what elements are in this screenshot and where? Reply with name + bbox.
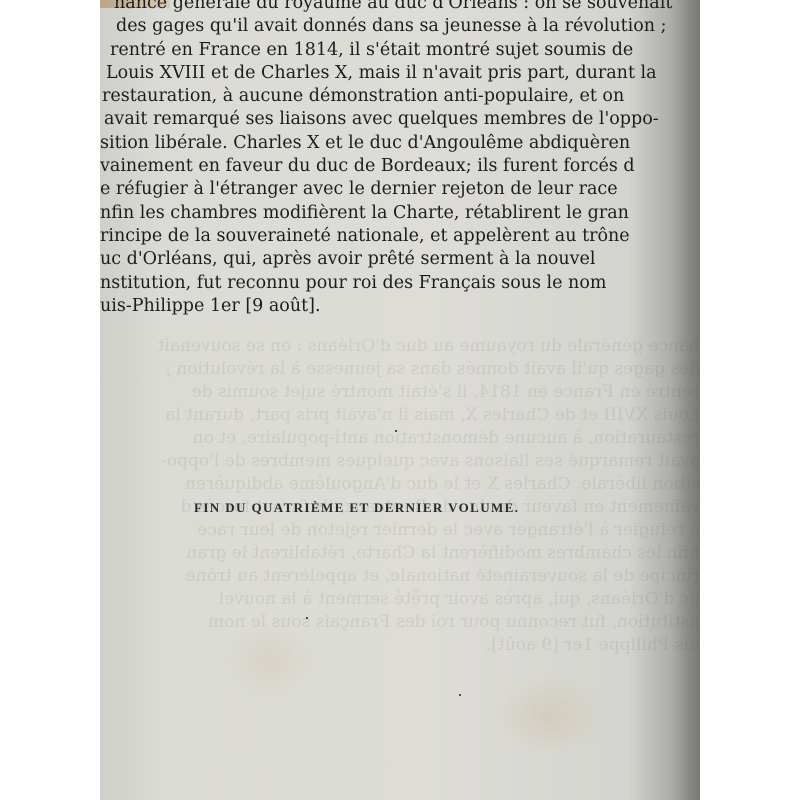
bleed-line: avait remarqué ses liaisons avec quelque… bbox=[100, 450, 700, 473]
page-curl-shadow bbox=[670, 0, 700, 800]
bleed-line: uis-Philippe 1er [9 août]. bbox=[100, 634, 700, 657]
bleed-line: restauration, à aucune démonstration ant… bbox=[100, 427, 700, 450]
ink-speck bbox=[459, 694, 461, 696]
text-line: e réfugier à l'étranger avec le dernier … bbox=[100, 178, 700, 201]
text-line: nstitution, fut reconnu pour roi des Fra… bbox=[100, 272, 700, 295]
text-line: avait remarqué ses liaisons avec quelque… bbox=[100, 108, 700, 131]
bleed-line: e réfugier à l'étranger avec le dernier … bbox=[100, 519, 700, 542]
text-line: Louis XVIII et de Charles X, mais il n'a… bbox=[100, 62, 700, 85]
ink-speck bbox=[395, 430, 397, 432]
bleed-line: rentré en France en 1814, il s'était mon… bbox=[100, 381, 700, 404]
bleed-line: nance générale du royaume au duc d'Orléa… bbox=[100, 335, 700, 358]
book-page-photo: nance générale du royaume au duc d'Orléa… bbox=[100, 0, 700, 800]
end-of-volume-note: FIN DU QUATRIÈME ET DERNIER VOLUME. bbox=[194, 500, 519, 516]
text-line: des gages qu'il avait donnés dans sa jeu… bbox=[100, 15, 700, 38]
ink-speck bbox=[306, 617, 308, 619]
bleed-line: nstitution, fut reconnu pour roi des Fra… bbox=[100, 611, 700, 634]
text-line: rentré en France en 1814, il s'était mon… bbox=[100, 39, 700, 62]
body-text: nance générale du royaume au duc d'Orléa… bbox=[100, 0, 700, 318]
text-line: uc d'Orléans, qui, après avoir prêté ser… bbox=[100, 248, 700, 271]
text-line: nance générale du royaume au duc d'Orléa… bbox=[100, 0, 700, 15]
bleed-line: sition libérale. Charles X et le duc d'A… bbox=[100, 473, 700, 496]
bleed-line: Louis XVIII et de Charles X, mais il n'a… bbox=[100, 404, 700, 427]
text-line: restauration, à aucune démonstration ant… bbox=[100, 85, 700, 108]
bleed-line: rincipe de la souveraineté nationale, et… bbox=[100, 565, 700, 588]
bleed-through-text: nance générale du royaume au duc d'Orléa… bbox=[100, 335, 700, 795]
text-line: rincipe de la souveraineté nationale, et… bbox=[100, 225, 700, 248]
text-line: nfin les chambres modifièrent la Charte,… bbox=[100, 202, 700, 225]
text-line: sition libérale. Charles X et le duc d'A… bbox=[100, 132, 700, 155]
bleed-line: nfin les chambres modifièrent la Charte,… bbox=[100, 542, 700, 565]
text-line: uis-Philippe 1er [9 août]. bbox=[100, 295, 700, 318]
bleed-line: des gages qu'il avait donnés dans sa jeu… bbox=[100, 358, 700, 381]
text-line: vainement en faveur du duc de Bordeaux; … bbox=[100, 155, 700, 178]
bleed-line: uc d'Orléans, qui, après avoir prêté ser… bbox=[100, 588, 700, 611]
